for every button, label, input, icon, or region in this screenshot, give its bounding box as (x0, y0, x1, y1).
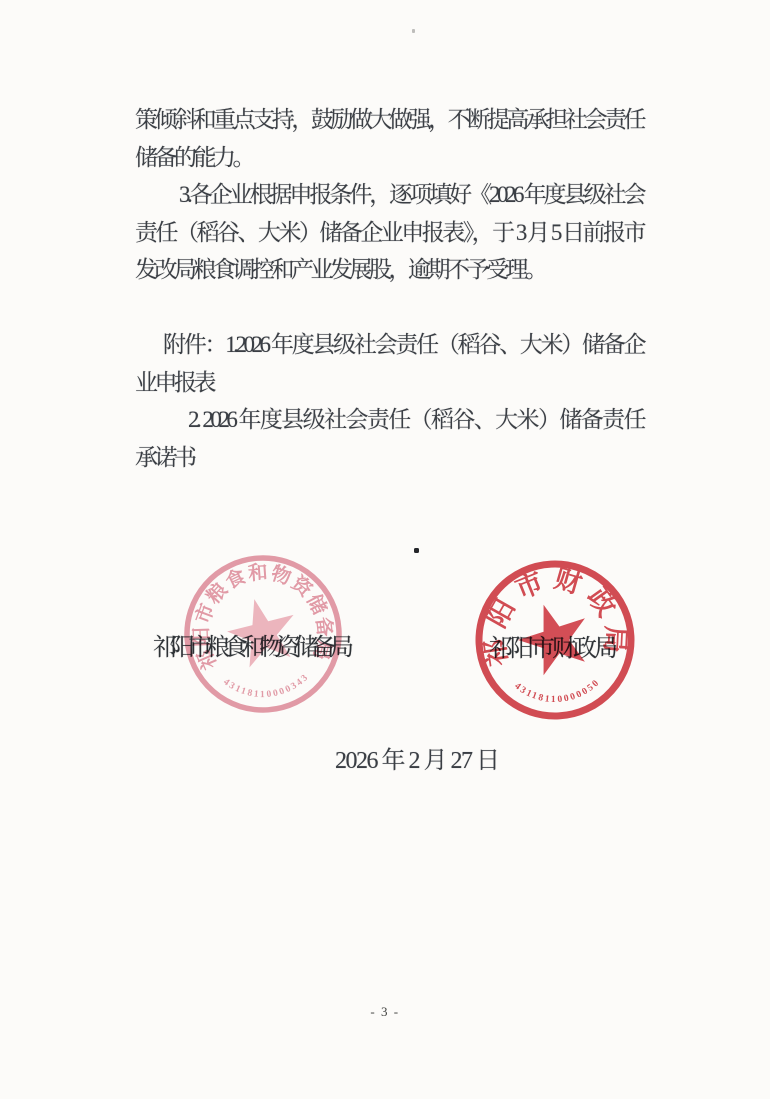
page-number: - 3 - (0, 1004, 770, 1020)
body-line: 策倾斜和重点支持，鼓励做大做强，不断提高承担社会责任 (135, 101, 643, 139)
body-line: 责任（稻谷、大米）储备企业申报表》，于 3 月 5 日前报市 (135, 214, 643, 252)
attachment-line: 2. 2026 年度县级社会责任（稻谷、大米）储备责任 (135, 401, 643, 439)
scanned-document-page: 策倾斜和重点支持，鼓励做大做强，不断提高承担社会责任 储备的能力。 3.各企业根… (0, 0, 770, 1099)
seal-serial-number: 43118110000050 (512, 677, 603, 707)
official-seal-grain-bureau: 祁阳市粮食和物资储备局 43118110000343 (167, 538, 359, 730)
body-text-block: 策倾斜和重点支持，鼓励做大做强，不断提高承担社会责任 储备的能力。 3.各企业根… (135, 101, 643, 476)
official-seal-finance-bureau: 祁阳市财政局 43118110000050 (460, 545, 649, 734)
attachment-line: 业申报表 (135, 364, 643, 402)
scan-speck (412, 29, 415, 33)
svg-text:43118110000050: 43118110000050 (512, 677, 603, 707)
body-line: 发改局粮食调控和产业发展股，逾期不予受理。 (135, 251, 643, 289)
star-icon (221, 591, 303, 671)
body-line: 储备的能力。 (135, 139, 643, 177)
attachment-line: 附件：1.2026 年度县级社会责任（稻谷、大米）储备企 (135, 326, 643, 364)
attachment-line: 承诺书 (135, 439, 643, 477)
blank-line (135, 289, 643, 327)
ink-dot (414, 548, 419, 553)
document-date: 2026 年 2 月 27 日 (335, 740, 499, 775)
body-line: 3.各企业根据申报条件，逐项填好《2026 年度县级社会 (135, 176, 643, 214)
star-icon (510, 594, 598, 679)
